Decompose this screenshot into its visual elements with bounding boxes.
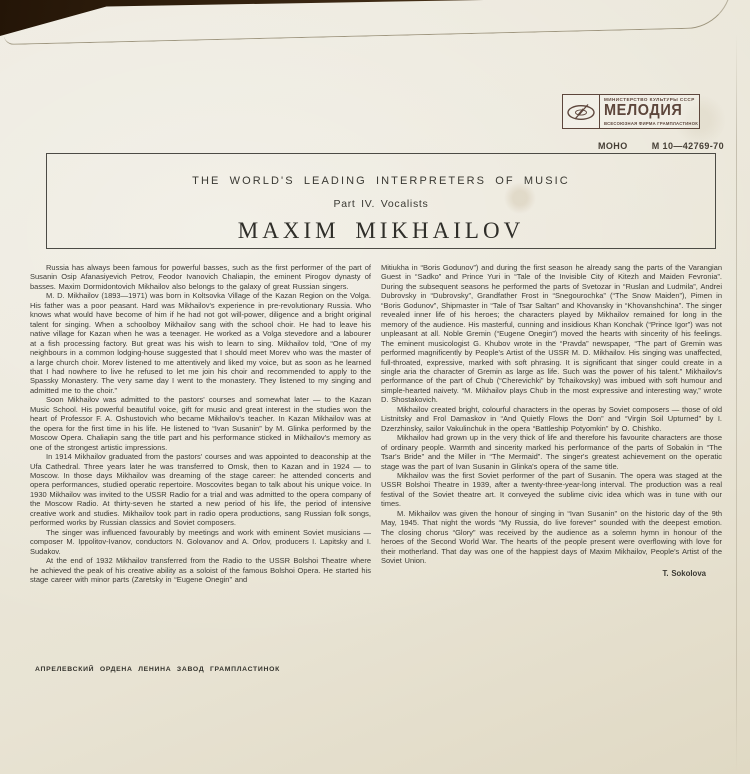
author-signature: T. Sokolova	[381, 569, 722, 578]
liner-notes: Russia has always been famous for powerf…	[30, 263, 722, 584]
paragraph: Mikhailov created bright, colourful char…	[381, 405, 722, 433]
melodiya-logo-text: МИНИСТЕРСТВО КУЛЬТУРЫ СССР МЕЛОДИЯ ВСЕСО…	[600, 95, 699, 128]
paragraph: In 1914 Mikhailov graduated from the pas…	[30, 452, 371, 528]
sleeve-right-crease	[736, 34, 737, 774]
melodiya-brand-wordmark: МЕЛОДИЯ	[604, 104, 696, 119]
melodiya-label-block: МИНИСТЕРСТВО КУЛЬТУРЫ СССР МЕЛОДИЯ ВСЕСО…	[562, 94, 700, 129]
paragraph: Mikhailov was the first Soviet performer…	[381, 471, 722, 509]
catalog-number: М 10—42769-70	[652, 141, 724, 151]
paragraph: M. D. Mikhailov (1893—1971) was born in …	[30, 291, 371, 395]
ministry-line: МИНИСТЕРСТВО КУЛЬТУРЫ СССР	[604, 97, 696, 102]
series-title: THE WORLD'S LEADING INTERPRETERS OF MUSI…	[47, 175, 715, 187]
paragraph: Soon Mikhailov was admitted to the pasto…	[30, 395, 371, 452]
series-part-line: Part IV. Vocalists	[47, 198, 715, 210]
paragraph: M. Mikhailov was given the honour of sin…	[381, 509, 722, 566]
title-box: THE WORLD'S LEADING INTERPRETERS OF MUSI…	[46, 153, 716, 249]
format-and-catalog-line: МОНО М 10—42769-70	[598, 141, 724, 151]
sleeve-flap-seam	[2, 0, 733, 45]
paragraph: Russia has always been famous for powerf…	[30, 263, 371, 291]
paragraph: Mikhailov had grown up in the very thick…	[381, 433, 722, 471]
pressing-plant-line: АПРЕЛЕВСКИЙ ОРДЕНА ЛЕНИНА ЗАВОД ГРАМПЛАС…	[35, 666, 280, 673]
record-sleeve-back-cover: МИНИСТЕРСТВО КУЛЬТУРЫ СССР МЕЛОДИЯ ВСЕСО…	[0, 0, 750, 774]
melodiya-record-emblem-icon	[563, 95, 600, 128]
paragraph: Mitiukha in “Boris Godunov”) and during …	[381, 263, 722, 405]
melodiya-logo-box: МИНИСТЕРСТВО КУЛЬТУРЫ СССР МЕЛОДИЯ ВСЕСО…	[562, 94, 700, 129]
paragraph: At the end of 1932 Mikhailov transferred…	[30, 556, 371, 584]
format-mono-label: МОНО	[598, 141, 628, 151]
liner-notes-right-column: Mitiukha in “Boris Godunov”) and during …	[381, 263, 722, 584]
paragraph: The singer was influenced favourably by …	[30, 528, 371, 556]
artist-name: MAXIM MIKHAILOV	[47, 218, 715, 244]
liner-notes-left-column: Russia has always been famous for powerf…	[30, 263, 371, 584]
firm-line: ВСЕСОЮЗНАЯ ФИРМА ГРАМПЛАСТИНОК	[604, 121, 696, 126]
